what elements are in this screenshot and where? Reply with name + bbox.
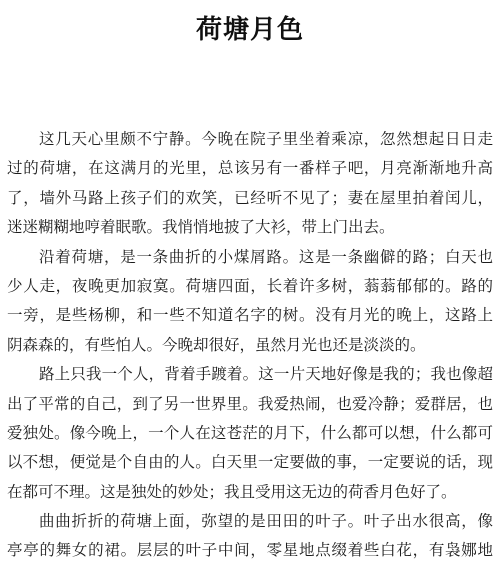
essay-body: 这几天心里颇不宁静。今晚在院子里坐着乘凉，忽然想起日日走 过的荷塘，在这满月的光… xyxy=(7,125,493,566)
text-line: 少人走，夜晚更加寂寞。荷塘四面，长着许多树，蓊蓊郁郁的。路的 xyxy=(7,272,493,301)
text-line: 了，墙外马路上孩子们的欢笑，已经听不见了；妻在屋里拍着闰儿， xyxy=(7,184,493,213)
document-page: 荷塘月色 这几天心里颇不宁静。今晚在院子里坐着乘凉，忽然想起日日走 过的荷塘，在… xyxy=(0,0,500,574)
text-line: 亭亭的舞女的裙。层层的叶子中间，零星地点缀着些白花，有袅娜地 xyxy=(7,536,493,565)
paragraph-3: 路上只我一个人，背着手踱着。这一片天地好像是我的；我也像超 出了平常的自己，到了… xyxy=(7,360,493,507)
text-line: 爱独处。像今晚上，一个人在这苍茫的月下，什么都可以想，什么都可 xyxy=(7,419,493,448)
text-line: 以不想，便觉是个自由的人。白天里一定要做的事，一定要说的话，现 xyxy=(7,448,493,477)
paragraph-2: 沿着荷塘，是一条曲折的小煤屑路。这是一条幽僻的路；白天也 少人走，夜晚更加寂寞。… xyxy=(7,243,493,361)
text-line: 迷迷糊糊地哼着眠歌。我悄悄地披了大衫，带上门出去。 xyxy=(7,213,493,242)
text-line: 沿着荷塘，是一条曲折的小煤屑路。这是一条幽僻的路；白天也 xyxy=(7,243,493,272)
text-line: 出了平常的自己，到了另一世界里。我爱热闹，也爱冷静；爱群居，也 xyxy=(7,390,493,419)
essay-title: 荷塘月色 xyxy=(0,14,500,44)
text-line: 在都可不理。这是独处的妙处；我且受用这无边的荷香月色好了。 xyxy=(7,478,493,507)
paragraph-1: 这几天心里颇不宁静。今晚在院子里坐着乘凉，忽然想起日日走 过的荷塘，在这满月的光… xyxy=(7,125,493,243)
text-line: 这几天心里颇不宁静。今晚在院子里坐着乘凉，忽然想起日日走 xyxy=(7,125,493,154)
text-line: 曲曲折折的荷塘上面，弥望的是田田的叶子。叶子出水很高，像 xyxy=(7,507,493,536)
text-line: 阴森森的，有些怕人。今晚却很好，虽然月光也还是淡淡的。 xyxy=(7,331,493,360)
text-line: 路上只我一个人，背着手踱着。这一片天地好像是我的；我也像超 xyxy=(7,360,493,389)
paragraph-4: 曲曲折折的荷塘上面，弥望的是田田的叶子。叶子出水很高，像 亭亭的舞女的裙。层层的… xyxy=(7,507,493,566)
text-line: 过的荷塘，在这满月的光里，总该另有一番样子吧，月亮渐渐地升高 xyxy=(7,154,493,183)
text-line: 一旁，是些杨柳，和一些不知道名字的树。没有月光的晚上，这路上 xyxy=(7,301,493,330)
